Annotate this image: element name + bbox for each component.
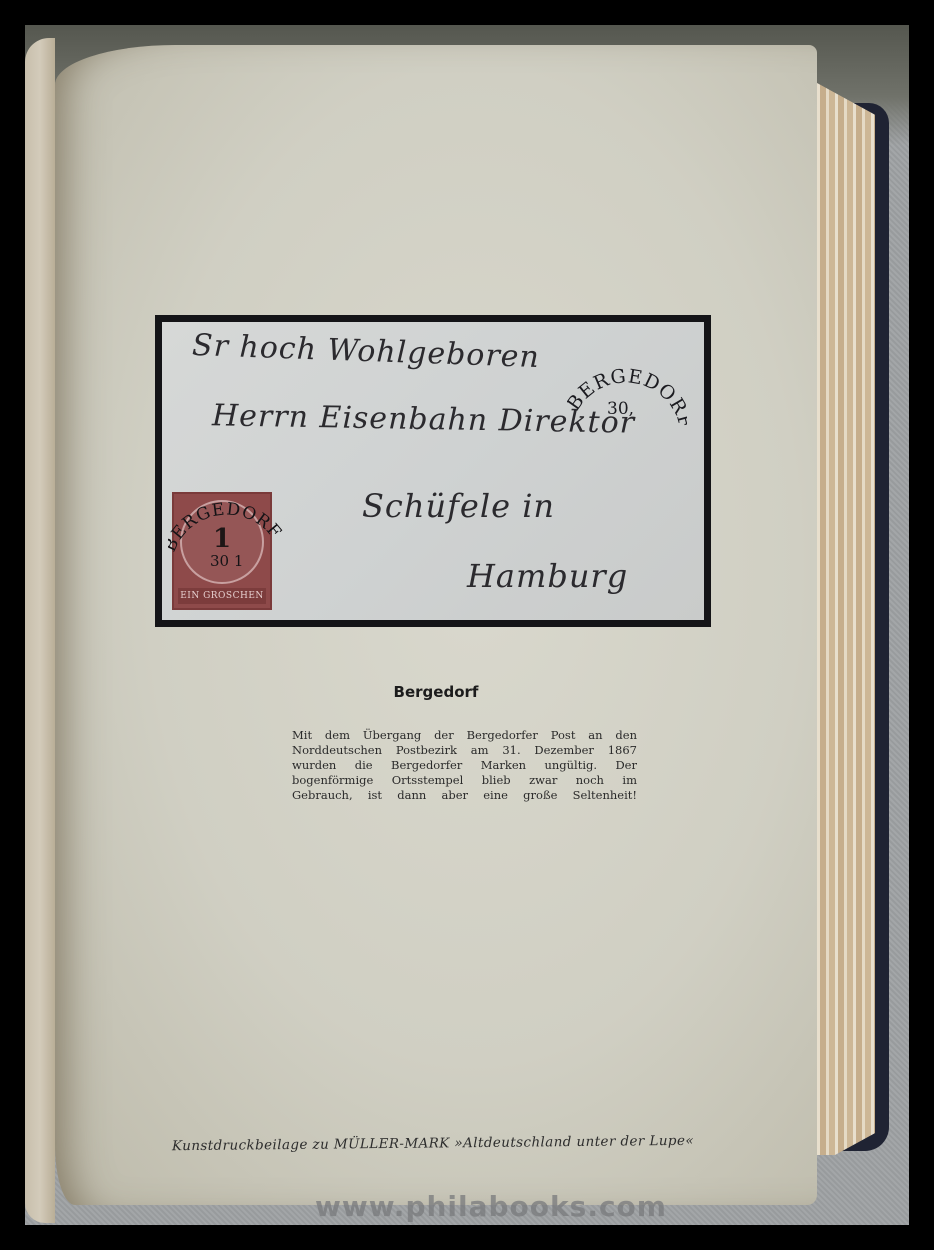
cancel-date: 30 1 [210, 552, 243, 570]
footer-note: Kunstdruckbeilage zu MÜLLER-MARK »Altdeu… [172, 1132, 792, 1154]
caption-line: Gebrauch, ist dann aber eine große Selte… [292, 788, 637, 803]
caption-line: bogenförmige Ortsstempel blieb zwar noch… [292, 773, 637, 788]
caption-title: Bergedorf [55, 683, 817, 701]
cancel-text: BERGEDORF [168, 499, 285, 555]
left-page-edge [25, 38, 55, 1223]
arc-postmark-icon: BERGEDORF 30, [567, 342, 687, 442]
watermark: www.philabooks.com [315, 1190, 667, 1223]
caption-body: Mit dem Übergang der Bergedorfer Post an… [292, 728, 637, 803]
caption-line: Norddeutschen Postbezirk am 31. Dezember… [292, 743, 637, 758]
cover-illustration-frame: Sr hoch Wohlgeboren Herrn Eisenbahn Dire… [155, 315, 711, 627]
postmark-date: 30, [607, 399, 634, 419]
handwriting-line: Schüfele in [362, 487, 555, 525]
stamp-cancel-icon: BERGEDORF 30 1 [168, 498, 288, 608]
caption-line: Mit dem Übergang der Bergedorfer Post an… [292, 728, 637, 743]
postage-stamp: 1 EIN GROSCHEN BERGEDORF 30 1 [172, 492, 272, 610]
svg-text:BERGEDORF: BERGEDORF [168, 499, 285, 555]
handwriting-line: Hamburg [467, 557, 628, 595]
book-page: Sr hoch Wohlgeboren Herrn Eisenbahn Dire… [55, 45, 817, 1205]
envelope: Sr hoch Wohlgeboren Herrn Eisenbahn Dire… [162, 322, 704, 620]
caption-line: wurden die Bergedorfer Marken ungültig. … [292, 758, 637, 773]
handwriting-line: Sr hoch Wohlgeboren [191, 328, 540, 375]
book-photo: Sr hoch Wohlgeboren Herrn Eisenbahn Dire… [25, 25, 909, 1225]
